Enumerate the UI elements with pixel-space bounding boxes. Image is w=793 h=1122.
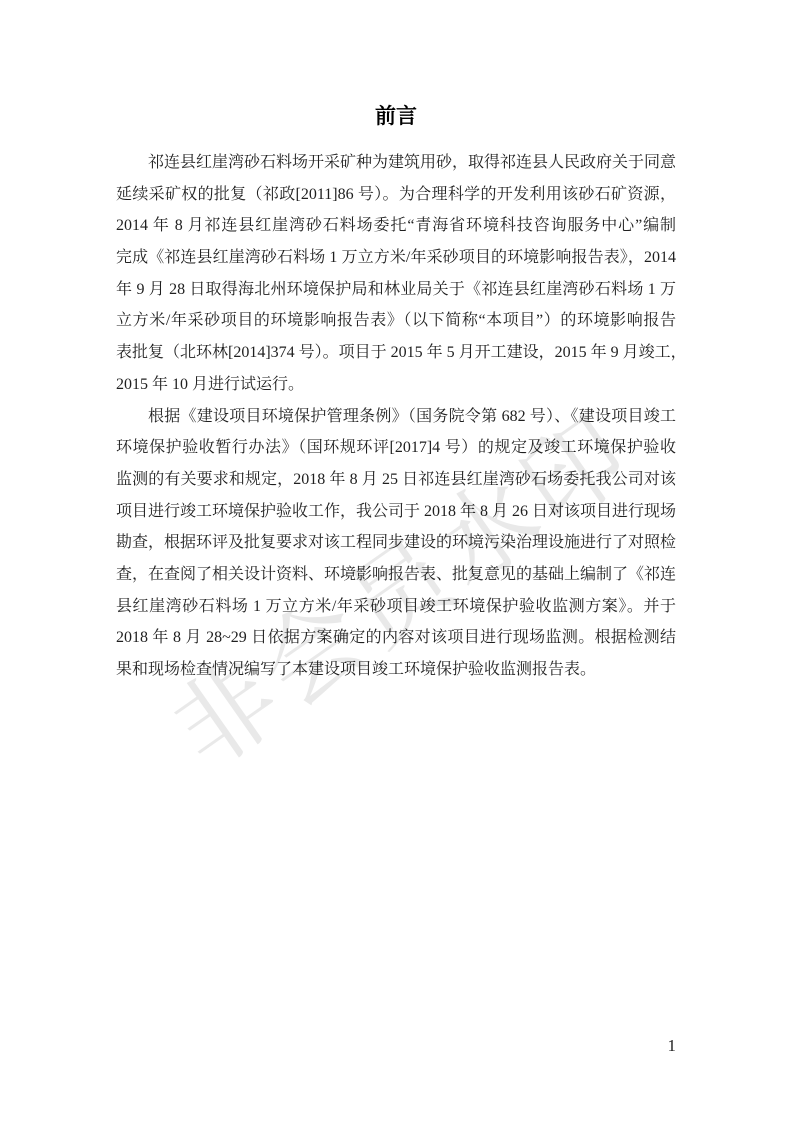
text-line: 2015 年 10 月进行试运行。 bbox=[116, 369, 676, 401]
text-line: 查，在查阅了相关设计资料、环境影响报告表、批复意见的基础上编制了《祁连 bbox=[116, 559, 676, 591]
text-line: 立方米/年采砂项目的环境影响报告表》（以下简称“本项目”）的环境影响报告 bbox=[116, 305, 676, 337]
document-content: 前言 祁连县红崖湾砂石料场开采矿种为建筑用砂，取得祁连县人民政府关于同意 延续采… bbox=[116, 103, 676, 686]
text-line: 果和现场检查情况编写了本建设项目竣工环境保护验收监测报告表。 bbox=[116, 654, 676, 686]
text-line: 2018 年 8 月 28~29 日依据方案确定的内容对该项目进行现场监测。根据… bbox=[116, 622, 676, 654]
text-line: 根据《建设项目环境保护管理条例》（国务院令第 682 号）、《建设项目竣工 bbox=[116, 401, 676, 433]
text-line: 监测的有关要求和规定，2018 年 8 月 25 日祁连县红崖湾砂石场委托我公司… bbox=[116, 464, 676, 496]
text-line: 项目进行竣工环境保护验收工作，我公司于 2018 年 8 月 26 日对该项目进… bbox=[116, 496, 676, 528]
text-line: 祁连县红崖湾砂石料场开采矿种为建筑用砂，取得祁连县人民政府关于同意 bbox=[116, 147, 676, 179]
page-number: 1 bbox=[616, 1036, 676, 1056]
text-line: 延续采矿权的批复（祁政[2011]86 号）。为合理科学的开发利用该砂石矿资源， bbox=[116, 179, 676, 211]
document-page: 非会员水印 前言 祁连县红崖湾砂石料场开采矿种为建筑用砂，取得祁连县人民政府关于… bbox=[0, 0, 793, 1122]
text-line: 2014 年 8 月祁连县红崖湾砂石料场委托“青海省环境科技咨询服务中心”编制 bbox=[116, 210, 676, 242]
text-line: 勘查，根据环评及批复要求对该工程同步建设的环境污染治理设施进行了对照检 bbox=[116, 527, 676, 559]
page-title: 前言 bbox=[116, 103, 676, 130]
text-line: 县红崖湾砂石料场 1 万立方米/年采砂项目竣工环境保护验收监测方案》。并于 bbox=[116, 591, 676, 623]
text-line: 环境保护验收暂行办法》（国环规环评[2017]4 号）的规定及竣工环境保护验收 bbox=[116, 432, 676, 464]
paragraph-2: 根据《建设项目环境保护管理条例》（国务院令第 682 号）、《建设项目竣工 环境… bbox=[116, 401, 676, 686]
text-line: 完成《祁连县红崖湾砂石料场 1 万立方米/年采砂项目的环境影响报告表》，2014 bbox=[116, 242, 676, 274]
text-line: 表批复（北环林[2014]374 号）。项目于 2015 年 5 月开工建设，2… bbox=[116, 337, 676, 369]
paragraph-1: 祁连县红崖湾砂石料场开采矿种为建筑用砂，取得祁连县人民政府关于同意 延续采矿权的… bbox=[116, 147, 676, 401]
text-line: 年 9 月 28 日取得海北州环境保护局和林业局关于《祁连县红崖湾砂石料场 1 … bbox=[116, 274, 676, 306]
